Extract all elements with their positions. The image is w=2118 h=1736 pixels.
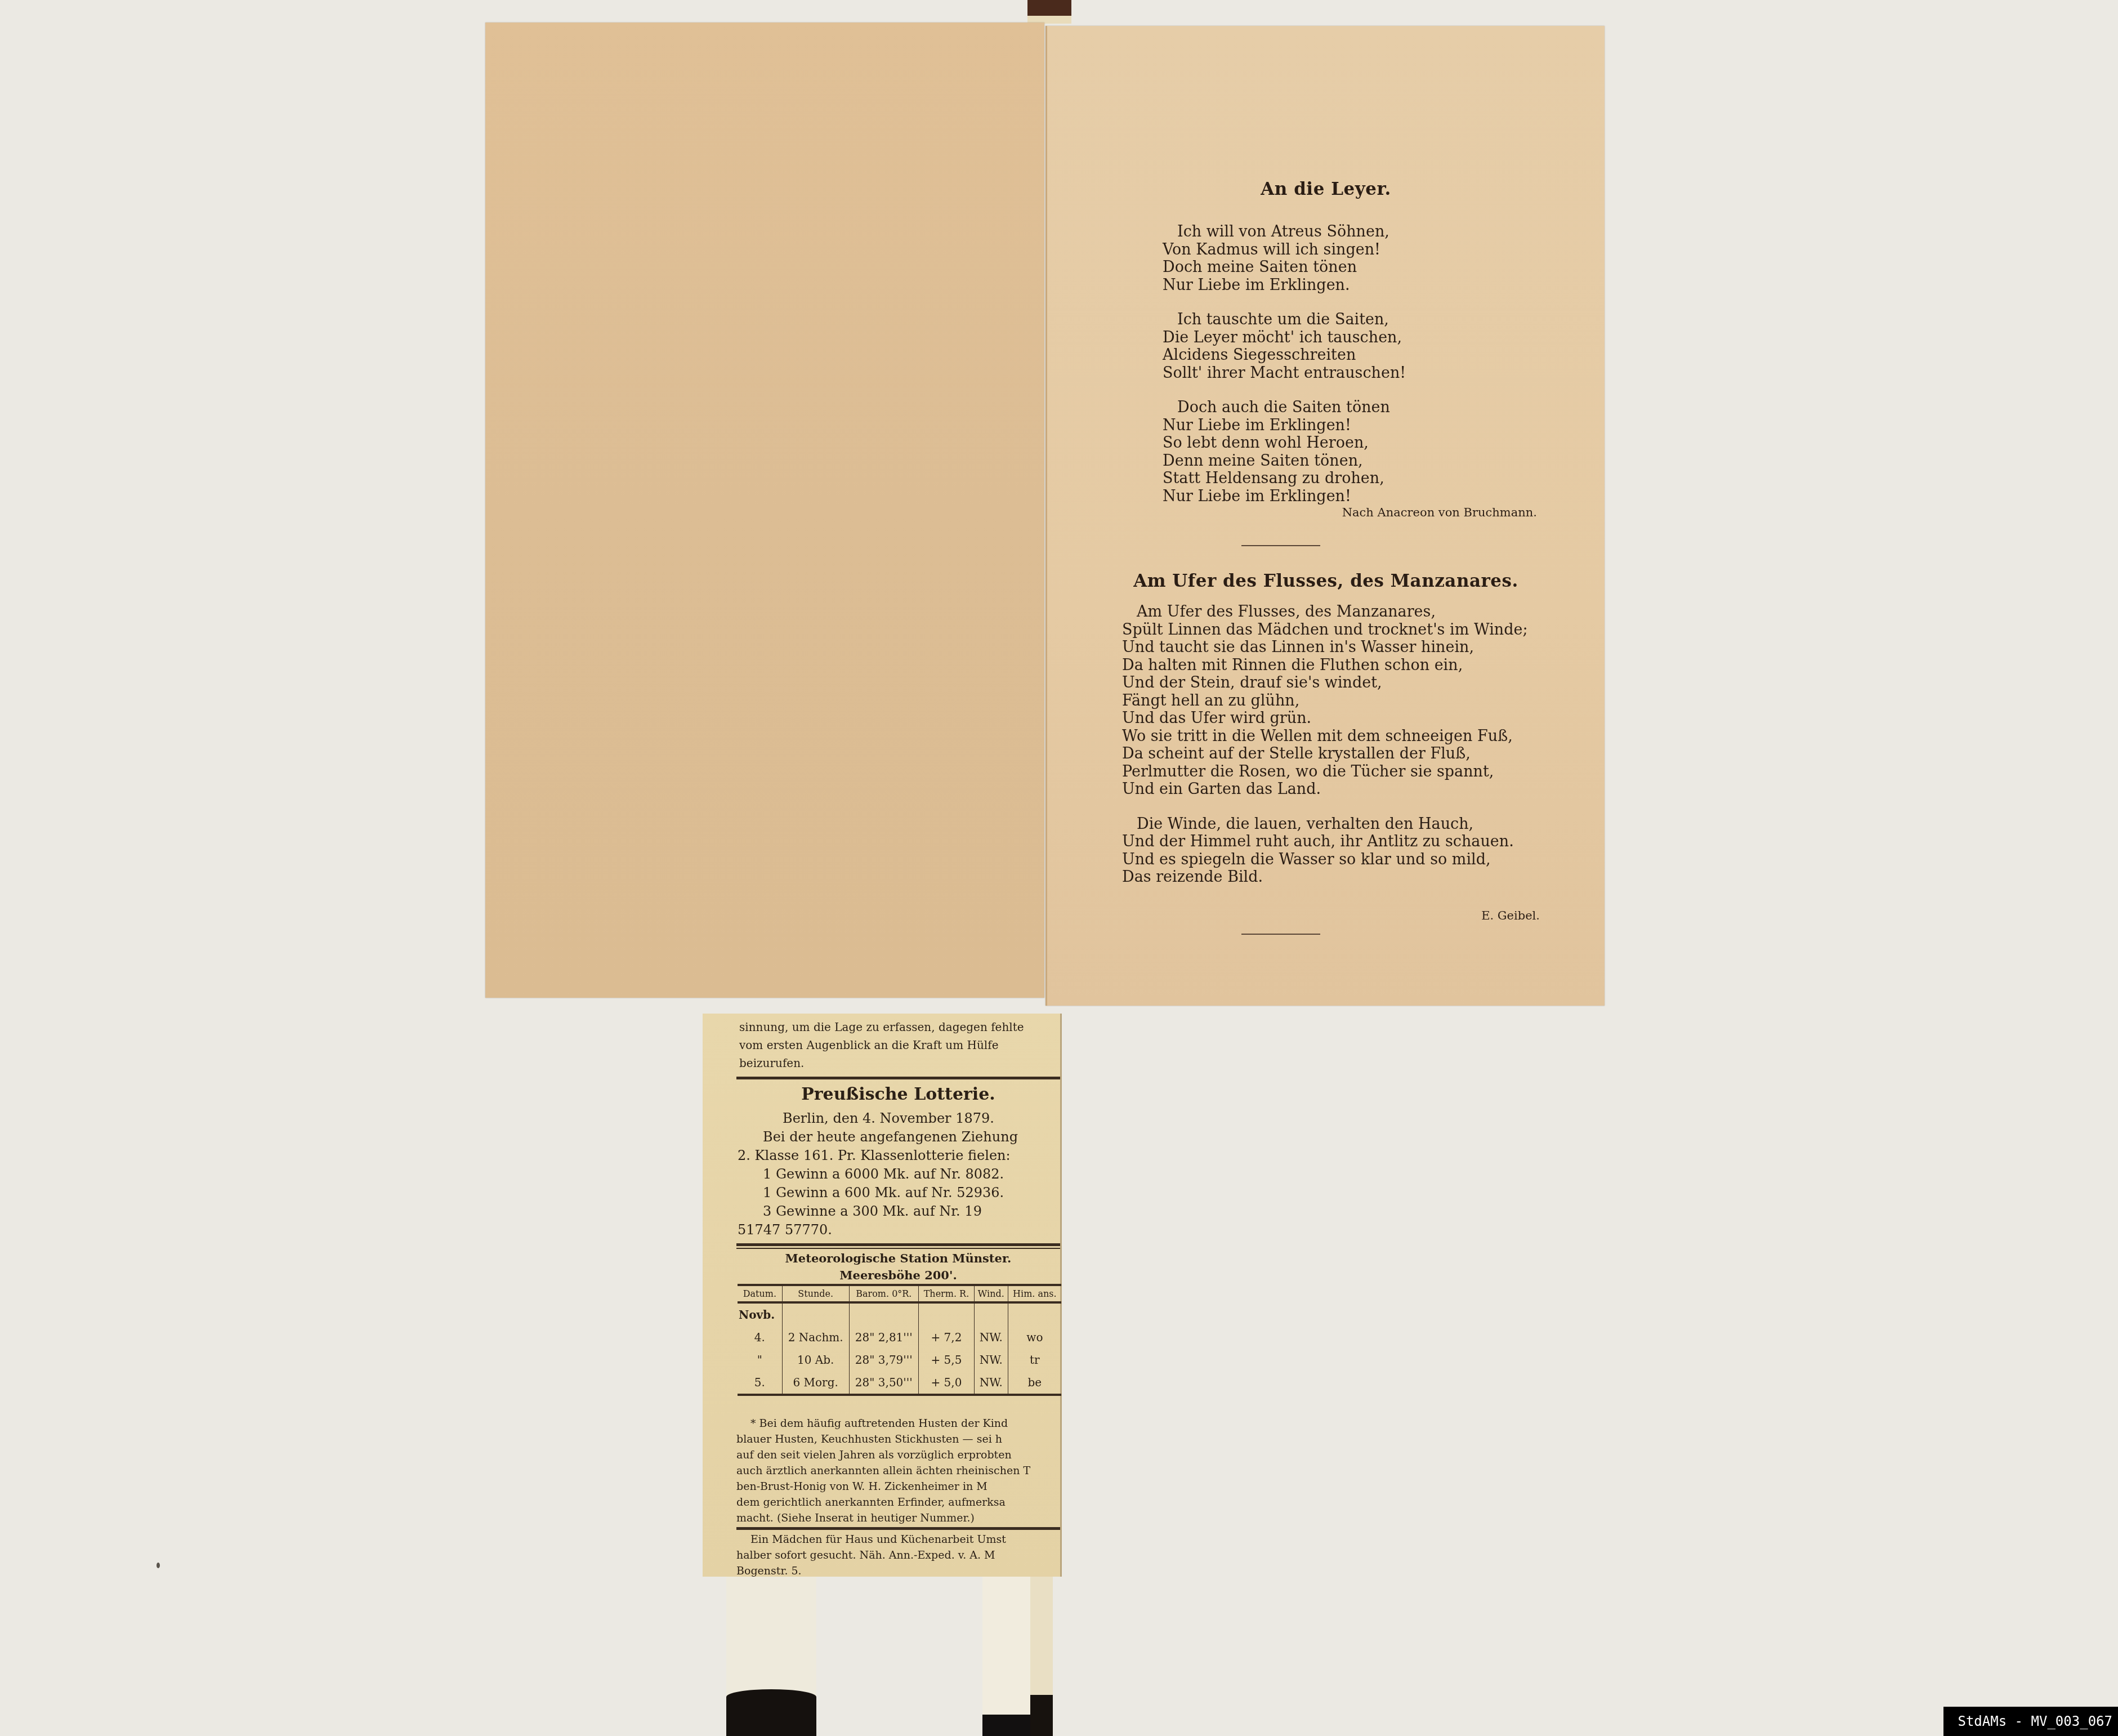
verse-line: Am Ufer des Flusses, des Manzanares, (1122, 603, 1528, 621)
newspaper-clipping: sinnung, um die Lage zu erfassen, dagege… (703, 1014, 1062, 1577)
col-header: Wind. (974, 1285, 1008, 1302)
paper-stub-shadow (726, 1689, 816, 1736)
verse-line: Nur Liebe im Erklingen. (1163, 276, 1406, 294)
cell-sky: wo (1008, 1326, 1061, 1349)
verse-line: Die Winde, die lauen, verhalten den Hauc… (1122, 815, 1528, 833)
verse-line: Das reizende Bild. (1122, 868, 1528, 886)
cell-hour: 10 Ab. (782, 1349, 849, 1371)
cell-wind: NW. (974, 1349, 1008, 1371)
cell-wind: NW. (974, 1371, 1008, 1395)
poem-an-die-leyer: An die Leyer. (1047, 179, 1605, 199)
poem-manzanares-body: Am Ufer des Flusses, des Manzanares, Spü… (1122, 603, 1528, 886)
cell-date: 4. (738, 1326, 782, 1349)
poem-an-die-leyer-body: Ich will von Atreus Söhnen, Von Kadmus w… (1163, 223, 1406, 505)
cell-wind: NW. (974, 1326, 1008, 1349)
text-line: Berlin, den 4. November 1879. (738, 1109, 1057, 1128)
binding-strip-shadow (1030, 1695, 1053, 1736)
cell-thermometer: + 5,0 (919, 1371, 975, 1395)
verse-line: Doch meine Saiten tönen (1163, 258, 1406, 276)
text-line: vom ersten Augenblick an die Kraft um Hü… (739, 1036, 1054, 1054)
col-header: Barom. 0°R. (849, 1285, 919, 1302)
poem-attribution: Nach Anacreon von Bruchmann. (1342, 506, 1537, 519)
table-row: " 10 Ab. 28" 3,79''' + 5,5 NW. tr (738, 1349, 1061, 1371)
stanza-1: Am Ufer des Flusses, des Manzanares, Spü… (1122, 603, 1528, 798)
text-line: halber sofort gesucht. Näh. Ann.-Exped. … (736, 1547, 1057, 1563)
stanza-2: Die Winde, die lauen, verhalten den Hauc… (1122, 815, 1528, 886)
verse-line: Und der Himmel ruht auch, ihr Antlitz zu… (1122, 833, 1528, 851)
column-rule (736, 1527, 1060, 1530)
verse-line: Nur Liebe im Erklingen! (1163, 488, 1406, 506)
text-line: auf den seit vielen Jahren als vorzüglic… (736, 1447, 1057, 1463)
article-fragment: sinnung, um die Lage zu erfassen, dagege… (739, 1018, 1054, 1072)
verse-line: Von Kadmus will ich singen! (1163, 241, 1406, 259)
job-advert: Ein Mädchen für Haus und Küchenarbeit Um… (736, 1532, 1057, 1579)
verse-line: Und der Stein, drauf sie's windet, (1122, 674, 1528, 692)
text-line: blauer Husten, Keuchhusten Stickhusten —… (736, 1431, 1057, 1447)
cell-hour: 2 Nachm. (782, 1326, 849, 1349)
right-page: An die Leyer. Ich will von Atreus Söhnen… (1045, 26, 1605, 1006)
verse-line: Statt Heldensang zu drohen, (1163, 470, 1406, 488)
verse-line: Da scheint auf der Stelle krystallen der… (1122, 745, 1528, 763)
weather-subtitle: Meeresböhe 200'. (736, 1267, 1060, 1284)
verse-line: Perlmutter die Rosen, wo die Tücher sie … (1122, 763, 1528, 781)
verse-line: Die Leyer möcht' ich tauschen, (1163, 329, 1406, 347)
col-header: Datum. (738, 1285, 782, 1302)
column-rule (736, 1243, 1060, 1246)
lottery-heading: Preußische Lotterie. (736, 1085, 1060, 1104)
text-line: beizurufen. (739, 1054, 1054, 1072)
weather-title: Meteorologische Station Münster. (736, 1250, 1060, 1267)
cell-barometer: 28" 2,81''' (849, 1326, 919, 1349)
text-line: 3 Gewinne a 300 Mk. auf Nr. 19 (738, 1202, 1057, 1221)
poem-title: An die Leyer. (1047, 179, 1605, 199)
cell-thermometer: + 7,2 (919, 1326, 975, 1349)
verse-line: Da halten mit Rinnen die Fluthen schon e… (1122, 657, 1528, 675)
verse-line: Wo sie tritt in die Wellen mit dem schne… (1122, 728, 1528, 746)
poem-manzanares: Am Ufer des Flusses, des Manzanares. (1047, 571, 1605, 591)
text-line: dem gerichtlich anerkannten Erfinder, au… (736, 1494, 1057, 1510)
verse-line: Ich tauschte um die Saiten, (1163, 311, 1406, 329)
verse-line: Doch auch die Saiten tönen (1163, 399, 1406, 417)
paper-stub (982, 1577, 1030, 1736)
stanza-1: Ich will von Atreus Söhnen, Von Kadmus w… (1163, 223, 1406, 294)
verse-line: Nur Liebe im Erklingen! (1163, 417, 1406, 435)
col-header: Stunde. (782, 1285, 849, 1302)
verse-line: Spült Linnen das Mädchen und trocknet's … (1122, 621, 1528, 639)
cell-date: 5. (738, 1371, 782, 1395)
stanza-3: Doch auch die Saiten tönen Nur Liebe im … (1163, 399, 1406, 505)
table-row: 4. 2 Nachm. 28" 2,81''' + 7,2 NW. wo (738, 1326, 1061, 1349)
cell-hour: 6 Morg. (782, 1371, 849, 1395)
text-line: auch ärztlich anerkannten allein ächten … (736, 1463, 1057, 1479)
column-rule (736, 1077, 1060, 1079)
verse-line: Sollt' ihrer Macht entrauschen! (1163, 364, 1406, 382)
table-row: Novb. (738, 1302, 1061, 1326)
month-label: Novb. (738, 1302, 782, 1326)
text-line: Ein Mädchen für Haus und Küchenarbeit Um… (736, 1532, 1057, 1547)
cell-date: " (738, 1349, 782, 1371)
cell-sky: tr (1008, 1349, 1061, 1371)
text-line: 1 Gewinn a 600 Mk. auf Nr. 52936. (738, 1184, 1057, 1202)
weather-heading: Meteorologische Station Münster. Meeresb… (736, 1250, 1060, 1284)
verse-line: Und das Ufer wird grün. (1122, 709, 1528, 728)
table-row: 5. 6 Morg. 28" 3,50''' + 5,0 NW. be (738, 1371, 1061, 1395)
text-line: 51747 57770. (738, 1221, 1057, 1239)
cell-sky: be (1008, 1371, 1061, 1395)
col-header: Therm. R. (919, 1285, 975, 1302)
text-line: ben-Brust-Honig von W. H. Zickenheimer i… (736, 1479, 1057, 1494)
poem-title: Am Ufer des Flusses, des Manzanares. (1047, 571, 1605, 591)
paper-speck (157, 1563, 160, 1568)
column-rule (736, 1248, 1060, 1249)
text-line: 2. Klasse 161. Pr. Klassenlotterie fiele… (738, 1146, 1057, 1165)
verse-line: Fängt hell an zu glühn, (1122, 692, 1528, 710)
cell-barometer: 28" 3,79''' (849, 1349, 919, 1371)
cough-remedy-notice: * Bei dem häufig auftretenden Husten der… (736, 1416, 1057, 1526)
verse-line: Und es spiegeln die Wasser so klar und s… (1122, 851, 1528, 869)
verse-line: Ich will von Atreus Söhnen, (1163, 223, 1406, 241)
verse-line: So lebt denn wohl Heroen, (1163, 434, 1406, 452)
archive-label: StdAMs - MV_003_067 (1943, 1707, 2118, 1736)
text-line: Bogenstr. 5. (736, 1563, 1057, 1579)
text-line: sinnung, um die Lage zu erfassen, dagege… (739, 1018, 1054, 1036)
verse-line: Alcidens Siegesschreiten (1163, 346, 1406, 364)
poem-attribution: E. Geibel. (1481, 909, 1540, 922)
verse-line: Denn meine Saiten tönen, (1163, 452, 1406, 470)
stanza-2: Ich tauschte um die Saiten, Die Leyer mö… (1163, 311, 1406, 382)
text-line: 1 Gewinn a 6000 Mk. auf Nr. 8082. (738, 1165, 1057, 1184)
text-line: Bei der heute angefangenen Ziehung (738, 1128, 1057, 1146)
table-header-row: Datum. Stunde. Barom. 0°R. Therm. R. Win… (738, 1285, 1061, 1302)
lottery-results: Berlin, den 4. November 1879. Bei der he… (738, 1109, 1057, 1239)
left-page (485, 23, 1044, 998)
binding-spine-top (1027, 0, 1071, 24)
text-line: * Bei dem häufig auftretenden Husten der… (736, 1416, 1057, 1431)
verse-line: Und ein Garten das Land. (1122, 780, 1528, 798)
section-divider (1241, 545, 1320, 546)
text-line: macht. (Siehe Inserat in heutiger Nummer… (736, 1510, 1057, 1526)
cell-barometer: 28" 3,50''' (849, 1371, 919, 1395)
show-through-title (485, 180, 1044, 227)
paper-stub-shadow (982, 1715, 1030, 1736)
section-divider (1241, 934, 1320, 935)
col-header: Him. ans. (1008, 1285, 1061, 1302)
verse-line: Und taucht sie das Linnen in's Wasser hi… (1122, 639, 1528, 657)
weather-table: Datum. Stunde. Barom. 0°R. Therm. R. Win… (738, 1284, 1061, 1396)
cell-thermometer: + 5,5 (919, 1349, 975, 1371)
